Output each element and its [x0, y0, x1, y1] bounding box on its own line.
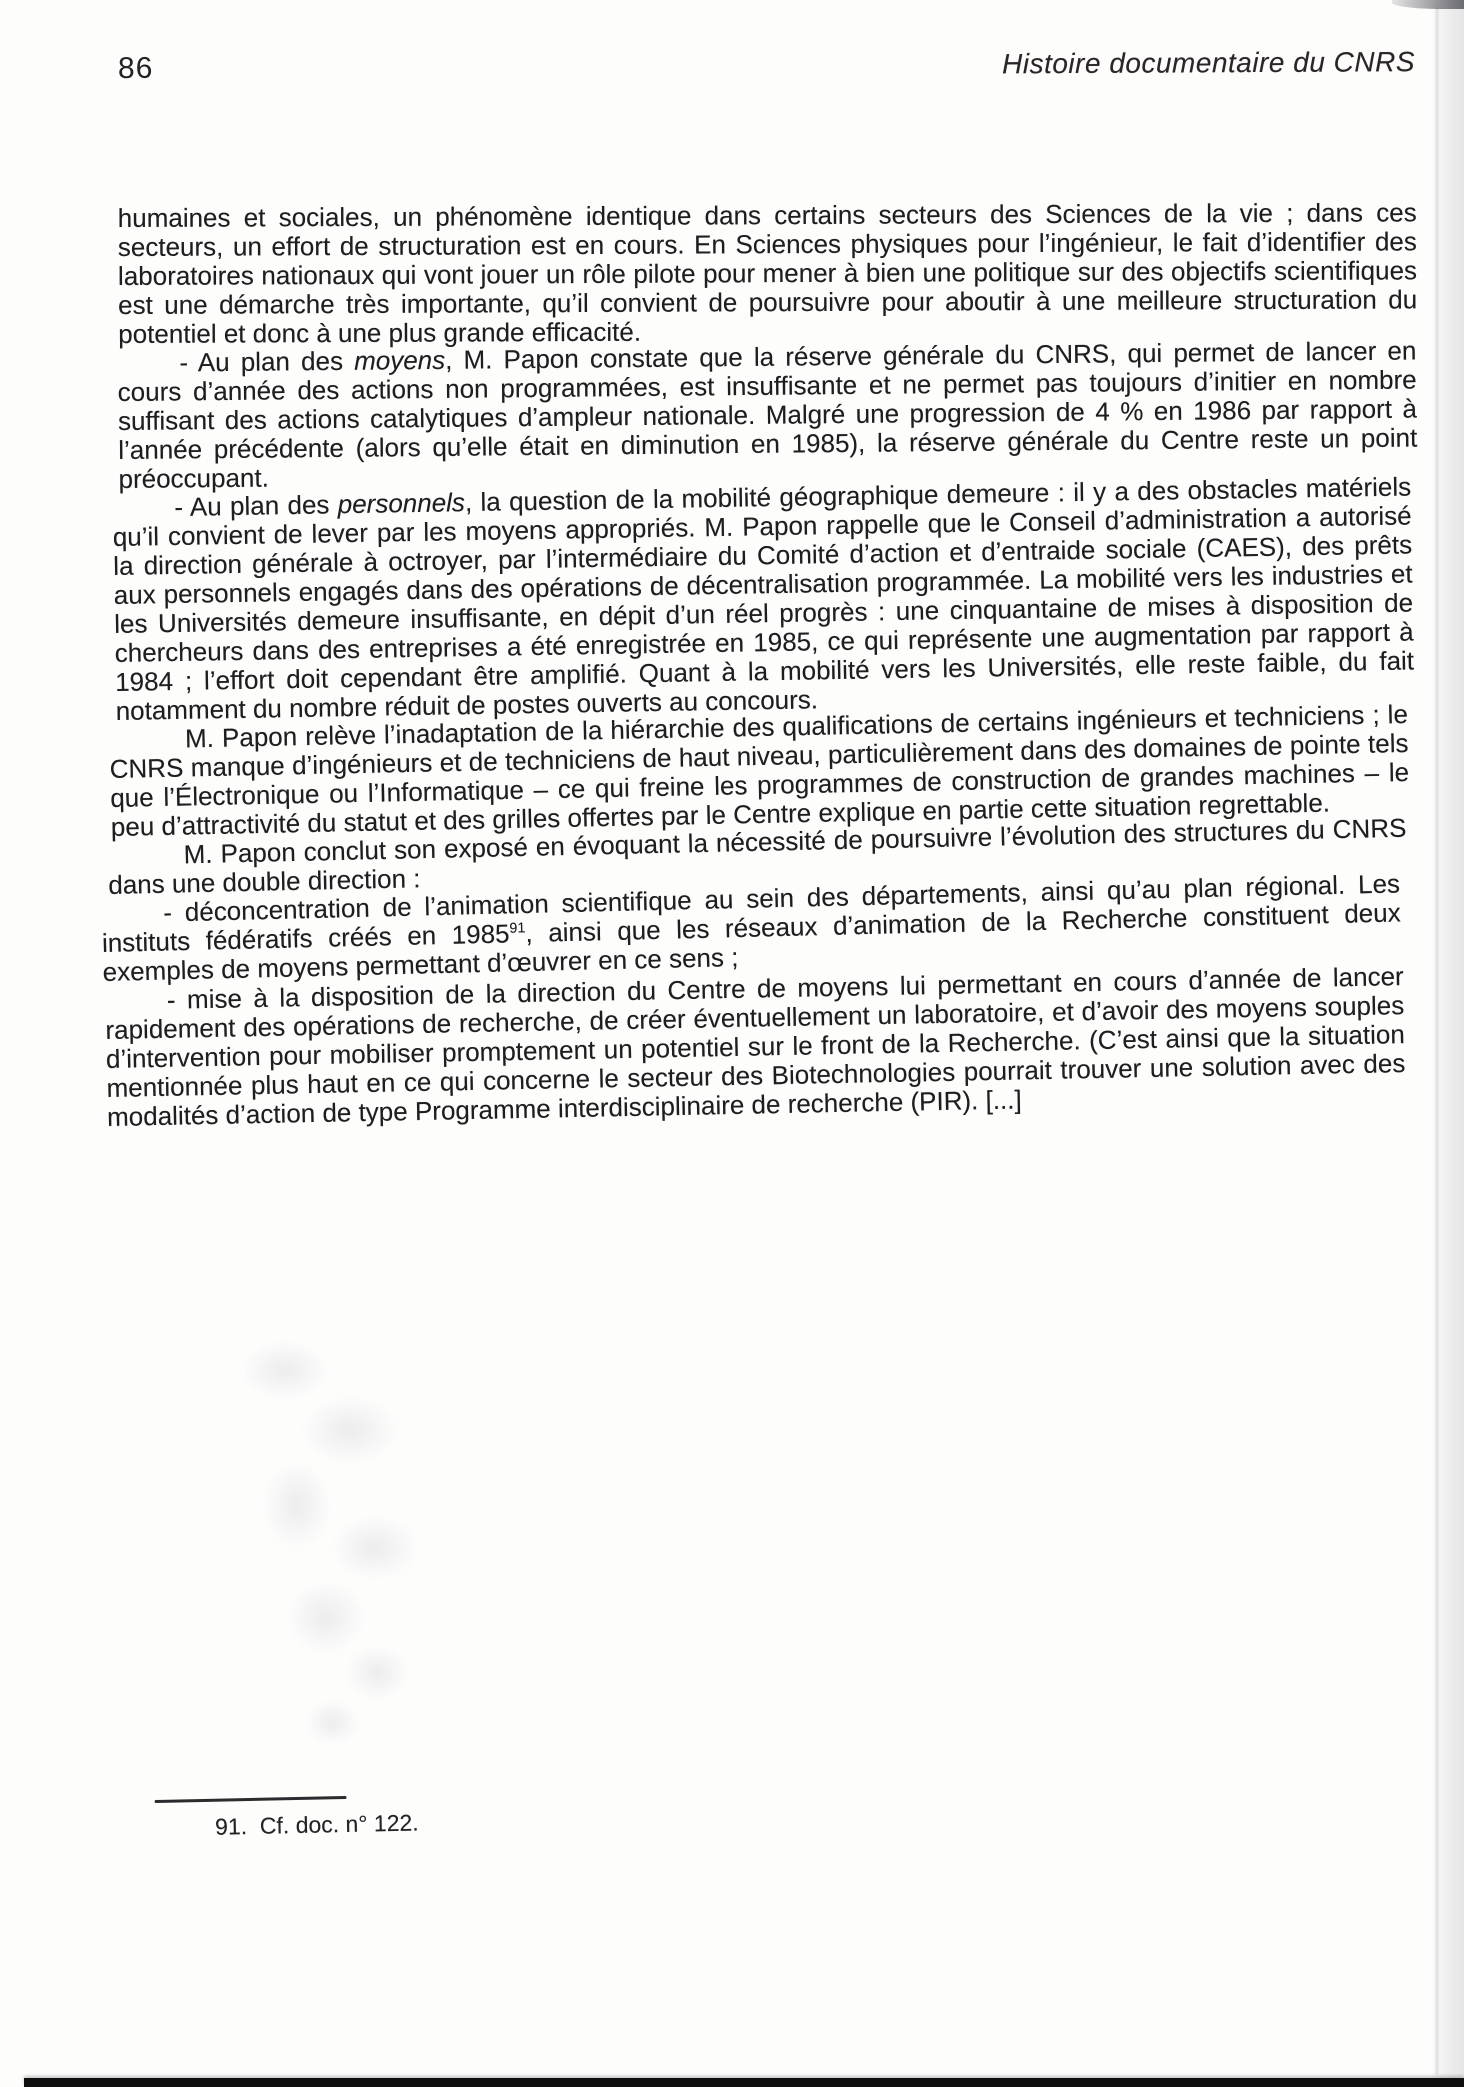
paragraph: - Au plan des moyens, M. Papon constate …	[117, 337, 1417, 494]
bleedthrough-smudge	[300, 1395, 400, 1465]
scan-corner-mark	[1392, 0, 1464, 9]
bleedthrough-smudge	[305, 1700, 360, 1745]
footnote-ref: 91	[509, 920, 525, 936]
footnote: 91. Cf. doc. n° 122.	[215, 1802, 755, 1840]
footnote-text: Cf. doc. n° 122.	[260, 1809, 419, 1838]
bleedthrough-smudge	[262, 1460, 332, 1550]
page-edge-line	[1436, 6, 1438, 2075]
bleedthrough-smudge	[330, 1515, 420, 1580]
paragraph: - Au plan des personnels, la question de…	[112, 472, 1415, 726]
scan-bottom-edge	[24, 2078, 1464, 2087]
footnote-block: 91. Cf. doc. n° 122.	[155, 1787, 756, 1842]
bleedthrough-smudge	[345, 1645, 410, 1700]
book-page-scan: 86 Histoire documentaire du CNRS humaine…	[0, 0, 1464, 2087]
bleedthrough-smudge	[286, 1580, 366, 1655]
running-title: Histoire documentaire du CNRS	[1002, 46, 1415, 80]
footnote-marker: 91.	[215, 1813, 248, 1840]
body-text: humaines et sociales, un phénomène ident…	[118, 204, 1417, 1132]
footnote-rule	[155, 1796, 347, 1803]
running-header: 86 Histoire documentaire du CNRS	[118, 45, 1415, 86]
bleedthrough-smudge	[240, 1340, 330, 1400]
paragraph: - mise à la disposition de la direction …	[105, 962, 1407, 1132]
page-number: 86	[118, 52, 154, 86]
paragraph: humaines et sociales, un phénomène ident…	[118, 198, 1418, 349]
